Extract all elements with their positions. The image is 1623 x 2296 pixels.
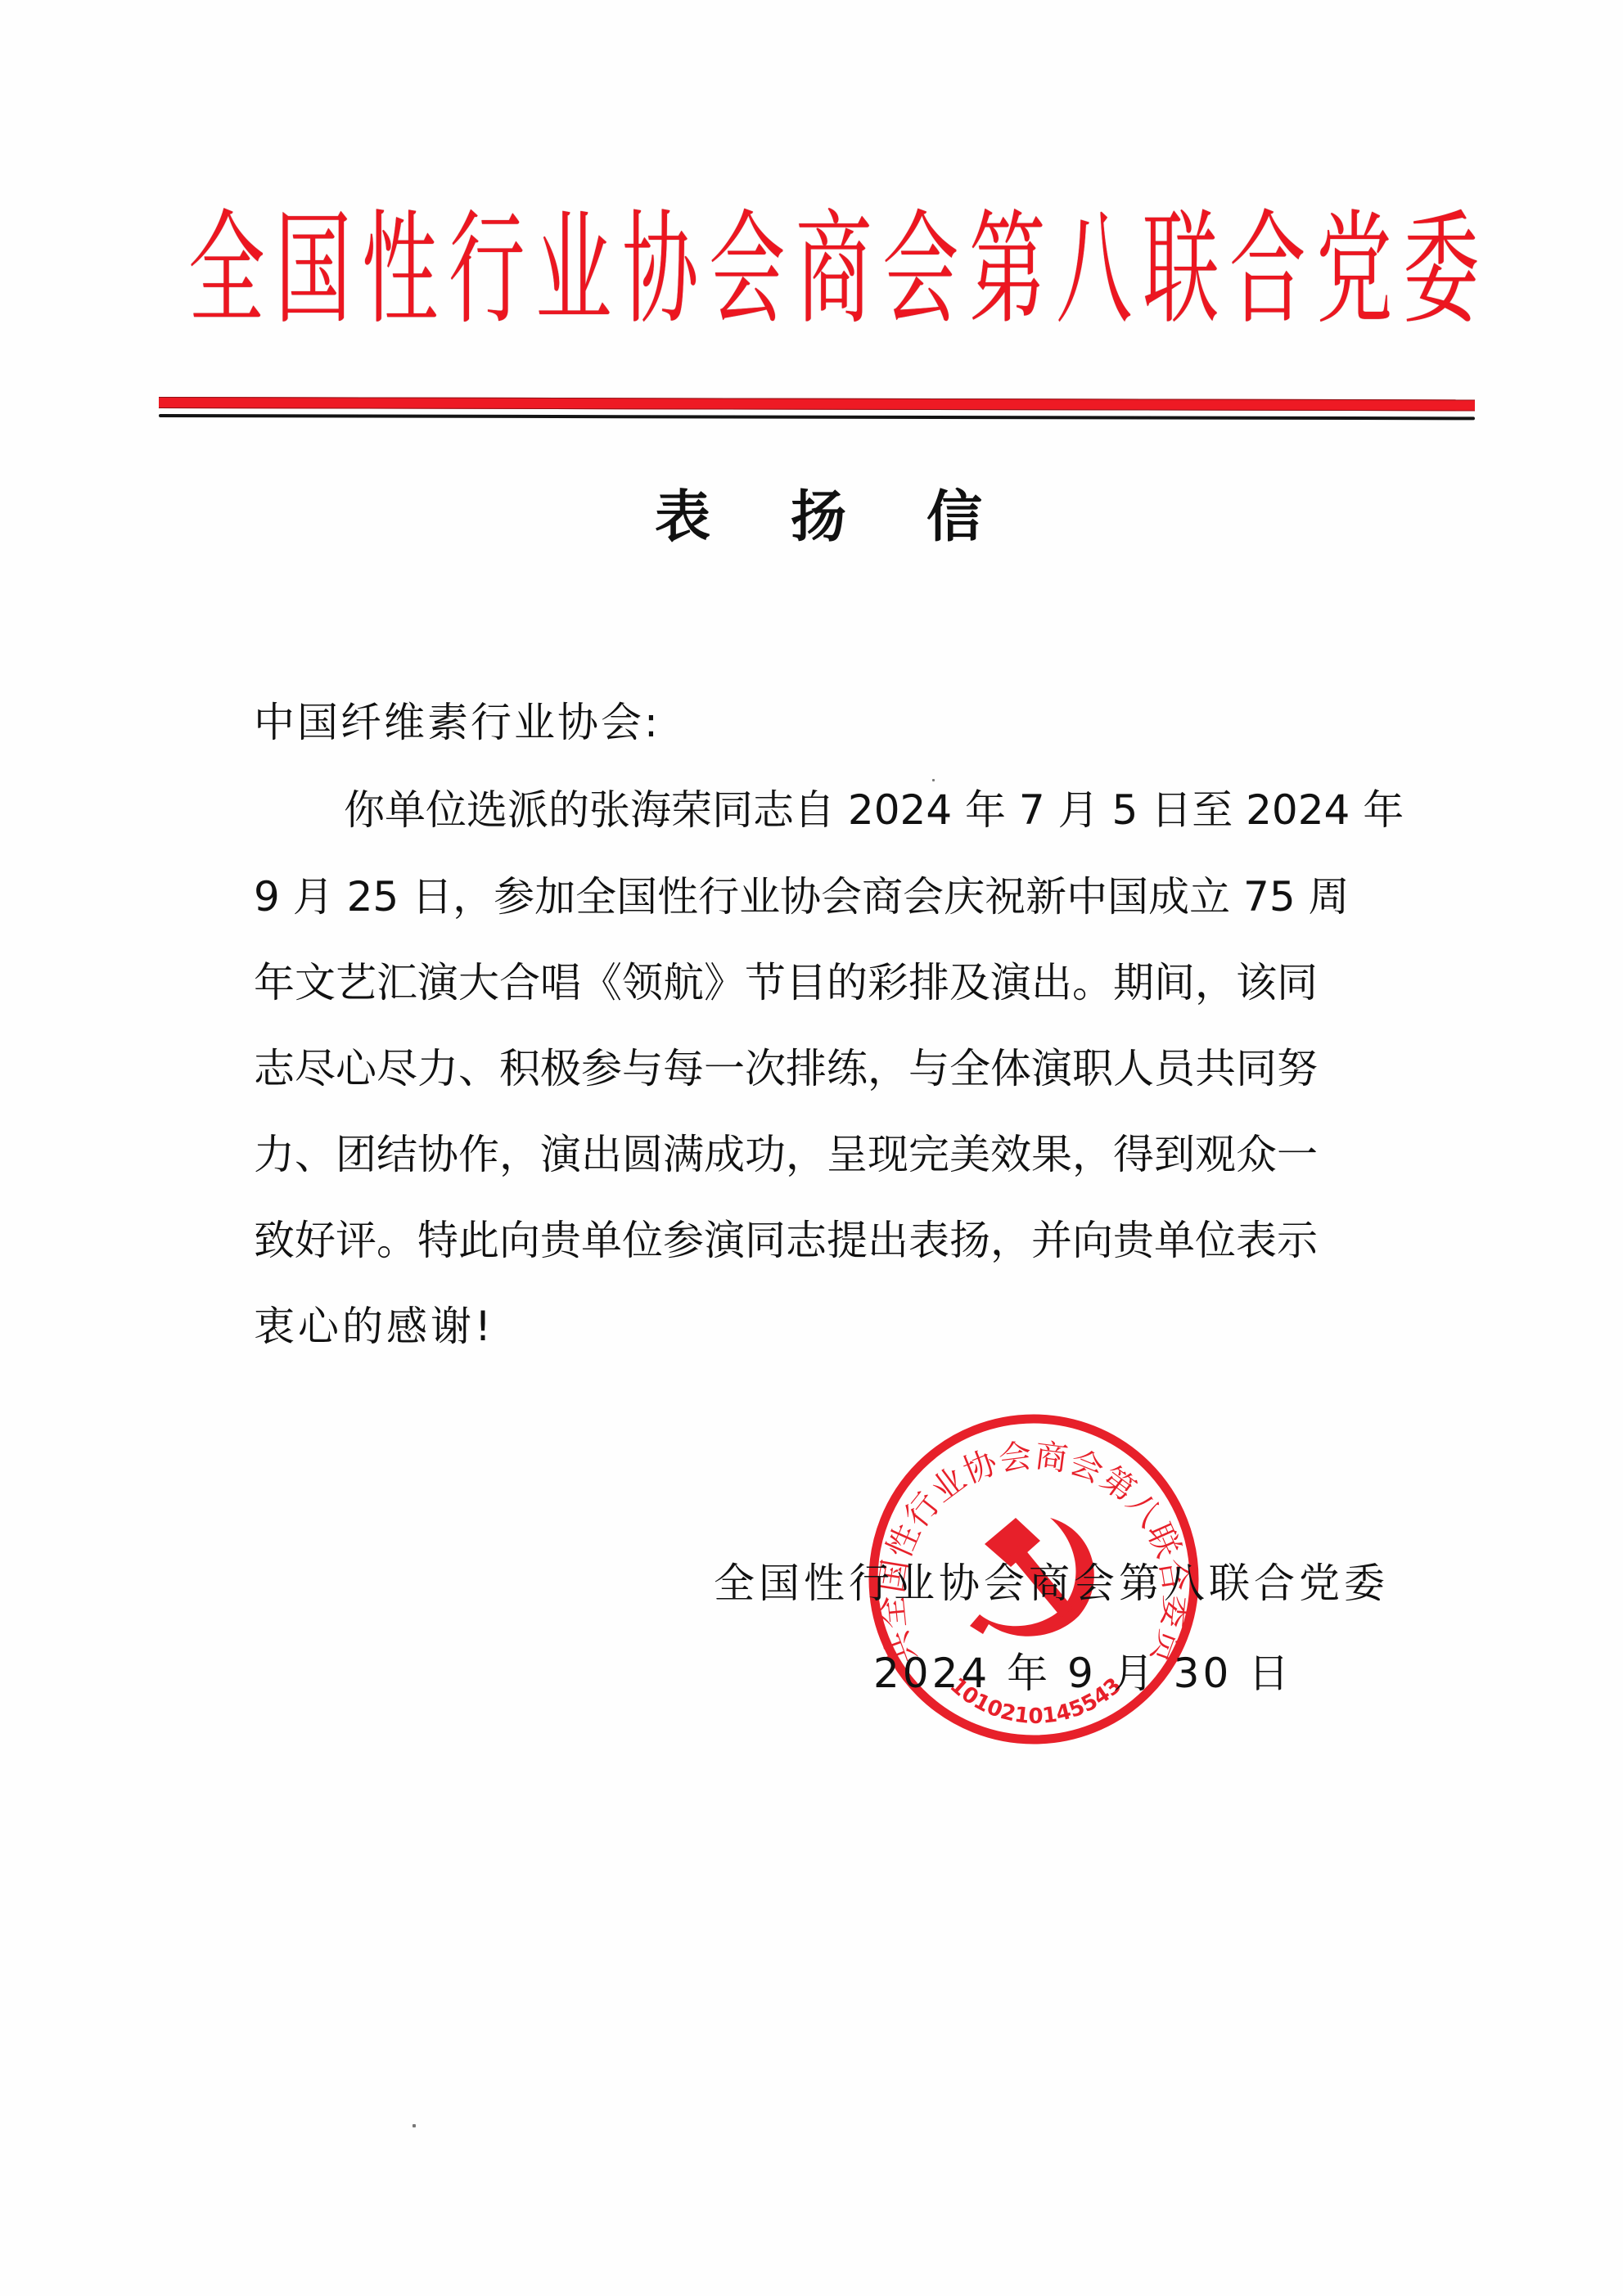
body-line-1: 你单位选派的张海荣同志自 2024 年 7 月 5 日至 2024 年 [344, 781, 1387, 839]
body-line-2: 9 月 25 日，参加全国性行业协会商会庆祝新中国成立 75 周 [254, 868, 1387, 925]
letterhead-char: 国 [275, 203, 324, 338]
letterhead-char: 性 [362, 203, 411, 338]
letterhead-char: 合 [1229, 203, 1278, 338]
signature-date: 2024 年 9 月 30 日 [873, 1645, 1292, 1702]
letterhead-char: 联 [1143, 203, 1192, 338]
body-text: 9 月 25 日，参加全国性行业协会商会庆祝新中国成立 75 周 [254, 868, 1350, 925]
body-text: 年文艺汇演大合唱《领航》节目的彩排及演出。期间，该同 [254, 954, 1318, 1011]
body-line-5: 力、团结协作，演出圆满成功，呈现完美效果，得到观众一 [254, 1126, 1387, 1183]
body-line-7: 衷心的感谢! [254, 1298, 1387, 1355]
letterhead-char: 商 [796, 203, 845, 338]
body-line-4: 志尽心尽力、积极参与每一次排练，与全体演职人员共同努 [254, 1040, 1387, 1097]
scan-speck [932, 779, 935, 781]
letterhead-black-rule [159, 414, 1475, 420]
letterhead-char: 第 [969, 203, 1018, 338]
document-page: 全 国 性 行 业 协 会 商 会 第 八 联 合 党 委 表 扬 信 中国纤维… [0, 0, 1623, 2296]
letterhead-char: 八 [1056, 203, 1105, 338]
letterhead-red-rule [159, 397, 1475, 411]
body-text: 致好评。特此向贵单位参演同志提出表扬，并向贵单位表示 [254, 1212, 1318, 1269]
salutation: 中国纤维素行业协会: [254, 694, 660, 751]
letterhead-char: 委 [1403, 203, 1452, 338]
document-title: 表 扬 信 [655, 484, 982, 550]
scan-speck [413, 2124, 416, 2127]
letterhead-char: 党 [1316, 203, 1365, 338]
body-text: 力、团结协作，演出圆满成功，呈现完美效果，得到观众一 [254, 1126, 1318, 1183]
title-char: 信 [926, 484, 982, 550]
letterhead-title: 全 国 性 行 业 协 会 商 会 第 八 联 合 党 委 [174, 203, 1467, 338]
body-text: 衷心的感谢! [254, 1298, 494, 1355]
letterhead-char: 全 [188, 203, 237, 338]
body-line-6: 致好评。特此向贵单位参演同志提出表扬，并向贵单位表示 [254, 1212, 1387, 1269]
letterhead-char: 会 [709, 203, 758, 338]
letterhead-char: 协 [622, 203, 671, 338]
title-char: 表 [655, 484, 710, 550]
body-line-3: 年文艺汇演大合唱《领航》节目的彩排及演出。期间，该同 [254, 954, 1387, 1011]
letterhead-char: 会 [882, 203, 931, 338]
letterhead-char: 行 [449, 203, 498, 338]
body-text: 你单位选派的张海荣同志自 2024 年 7 月 5 日至 2024 年 [344, 781, 1404, 839]
title-char: 扬 [791, 484, 846, 550]
letterhead-char: 业 [535, 203, 584, 338]
body-text: 志尽心尽力、积极参与每一次排练，与全体演职人员共同努 [254, 1040, 1318, 1097]
signature-organization: 全国性行业协会商会第八联合党委 [714, 1555, 1389, 1612]
